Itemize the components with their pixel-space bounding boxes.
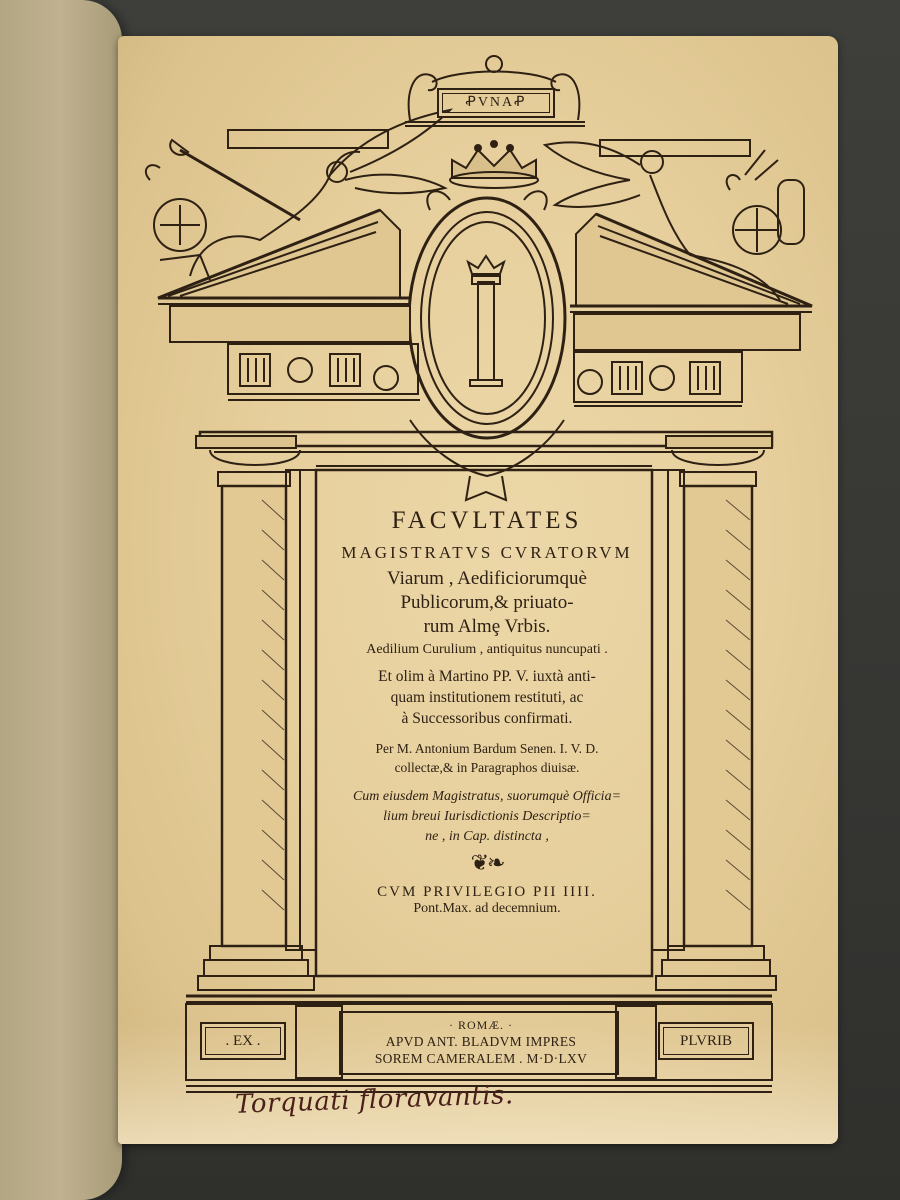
main-line: rum Almȩ Vrbis. (322, 615, 652, 639)
privilege-subline: Pont.Max. ad decemnium. (322, 901, 652, 917)
imprint-city: · ROMÆ. · (345, 1018, 617, 1033)
italic-line: ne , in Cap. distincta , (322, 827, 652, 847)
subtitle: MAGISTRATVS CVRATORVM (322, 543, 652, 563)
column-left-icon (196, 436, 316, 990)
imprint-printer: APVD ANT. BLADVM IMPRES (345, 1033, 617, 1050)
plinth-right-label: PLVRIB (658, 1022, 754, 1060)
aedilium-line: Aedilium Curulium , antiquitus nuncupati… (322, 642, 652, 658)
fleuron-ornament-icon: ❦❧ (322, 851, 652, 876)
plinth-left-label: . EX . (200, 1022, 286, 1060)
crown-icon (450, 141, 538, 188)
title-text-block: FACVLTATES MAGISTRATVS CVRATORVM Viarum … (322, 505, 652, 917)
pediment-right (570, 214, 812, 406)
main-lines: Viarum , Aedificiorumquè Publicorum,& pr… (322, 567, 652, 639)
italic-line: Cum eiusdem Magistratus, suorumquè Offic… (322, 787, 652, 807)
martino-line: quam institutionem restituti, ac (322, 687, 652, 708)
imprint-date: SOREM CAMERALEM . M·D·LXV (345, 1050, 617, 1067)
author-line: Per M. Antonium Bardum Senen. I. V. D. (322, 739, 652, 758)
top-banner-label: ꝒVNAꝒ (437, 88, 555, 118)
main-line: Viarum , Aedificiorumquè (322, 567, 652, 591)
privilege-line: CVM PRIVILEGIO PII IIII. (322, 884, 652, 901)
martino-line: Et olim à Martino PP. V. iuxtà anti- (322, 666, 652, 687)
main-title: FACVLTATES (322, 507, 652, 535)
italic-line: lium breui Iurisdictionis Descriptio= (322, 807, 652, 827)
main-line: Publicorum,& priuato- (322, 591, 652, 615)
imprint-block: · ROMÆ. · APVD ANT. BLADVM IMPRES SOREM … (345, 1018, 617, 1076)
author-line: collectæ,& in Paragraphos diuisæ. (322, 758, 652, 777)
martino-lines: Et olim à Martino PP. V. iuxtà anti- qua… (322, 666, 652, 729)
italic-lines: Cum eiusdem Magistratus, suorumquè Offic… (322, 787, 652, 847)
column-right-icon (652, 436, 776, 990)
martino-line: à Successoribus confirmati. (322, 708, 652, 729)
pediment-left (158, 210, 420, 400)
author-lines: Per M. Antonium Bardum Senen. I. V. D. c… (322, 739, 652, 777)
cartouche-emblem-icon (409, 191, 565, 500)
